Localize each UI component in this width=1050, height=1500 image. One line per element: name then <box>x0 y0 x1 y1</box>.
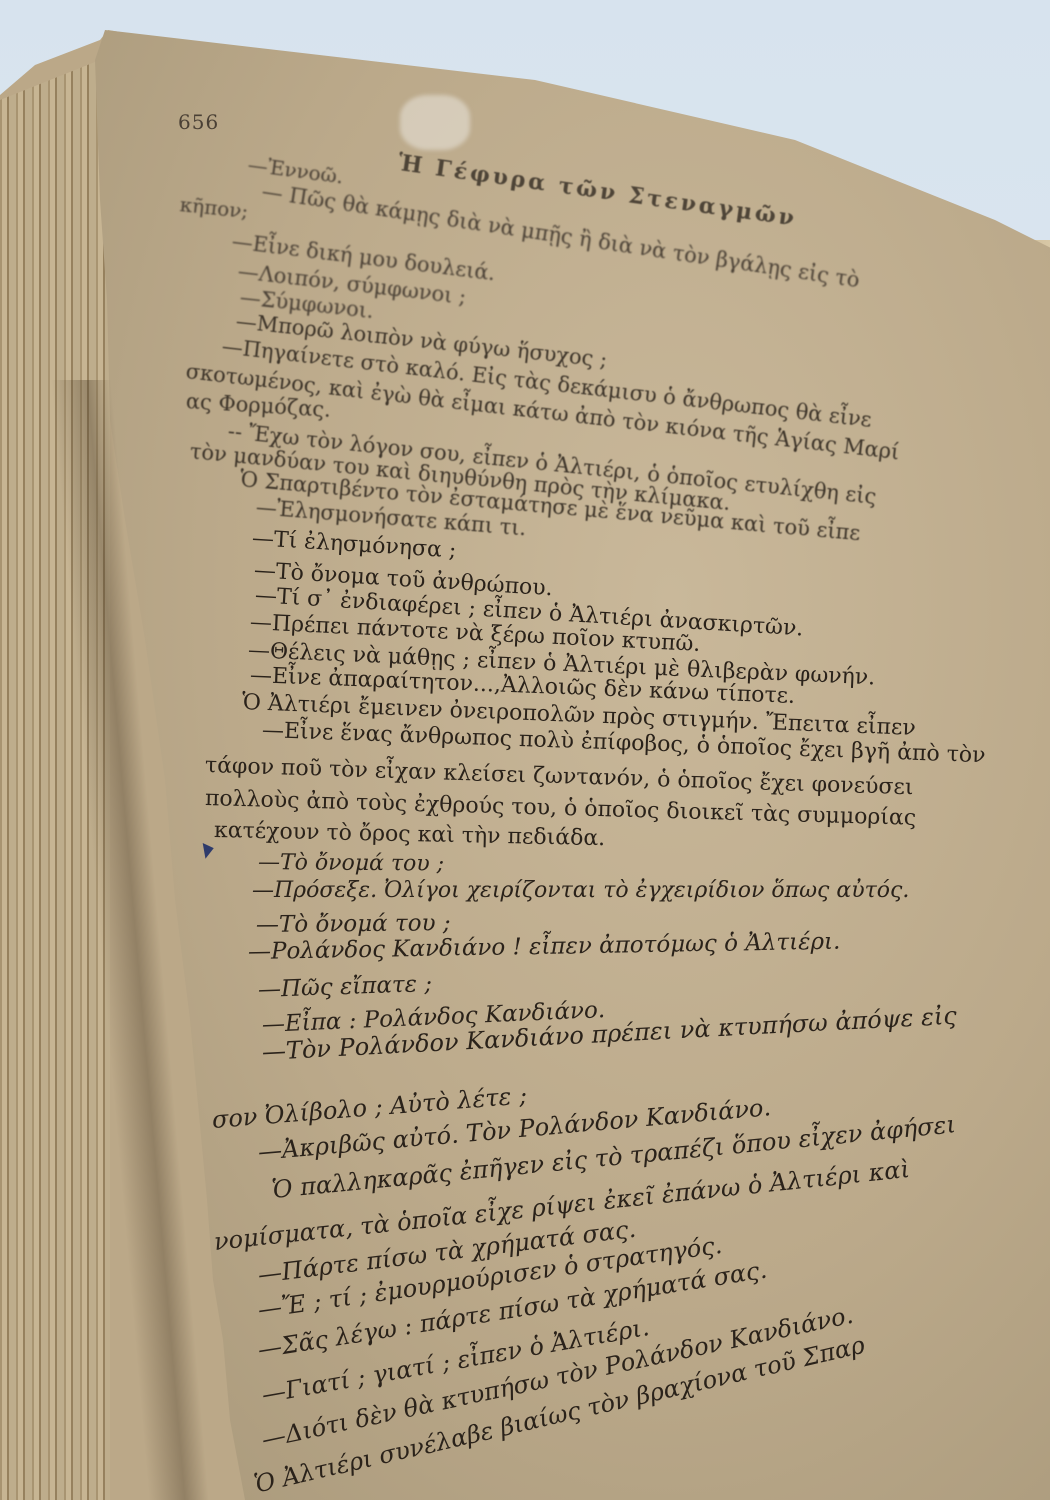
text-line: —Πῶς εἴπατε ; <box>258 971 433 1003</box>
text-line: κῆπον; <box>179 192 250 223</box>
text-line: —Τὸ ὄνομά του ; <box>258 850 444 877</box>
page-body-text: —Ἐννοῶ.— Πῶς θὰ κάμῃς διὰ νὰ μπῇς ἢ διὰ … <box>0 0 1050 1500</box>
text-line: κατέχουν τὸ ὄρος καὶ τὴν πεδιάδα. <box>214 818 606 851</box>
text-line: —Τὸ ὄνομά του ; <box>256 910 451 938</box>
text-line: —Πρόσεξε. Ὀλίγοι χειρίζονται τὸ ἐγχειρίδ… <box>252 878 909 903</box>
